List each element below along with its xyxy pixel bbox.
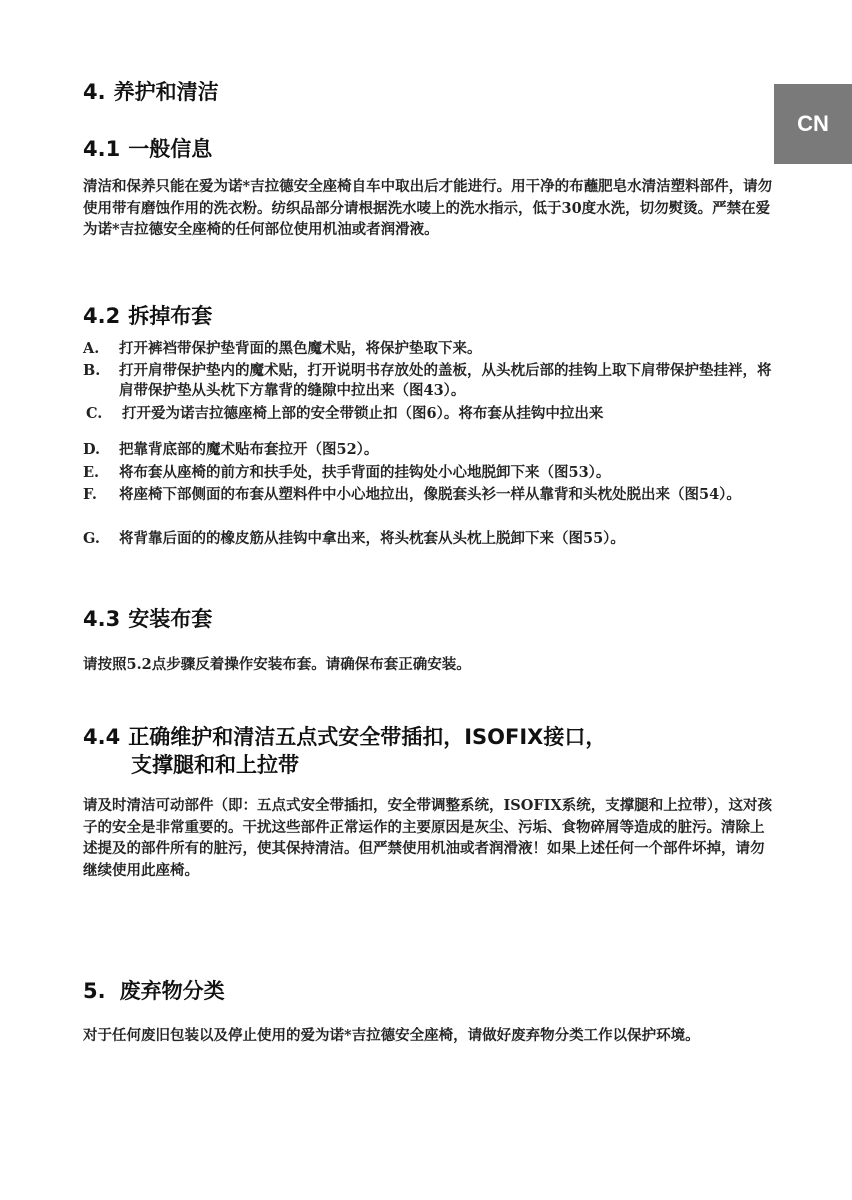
section-number: 4.1 bbox=[83, 135, 120, 163]
item-text: 把靠背底部的魔术贴布套拉开（图52）。 bbox=[119, 440, 773, 460]
item-label: E. bbox=[83, 463, 119, 483]
section-title-line1: 正确维护和清洁五点式安全带插扣，ISOFIX接口， bbox=[128, 725, 606, 749]
item-label: G. bbox=[83, 529, 119, 549]
section-number: 4.3 bbox=[83, 605, 120, 633]
list-item: B.打开肩带保护垫内的魔术贴，打开说明书存放处的盖板，从头枕后部的挂钩上取下肩带… bbox=[83, 361, 773, 400]
section-number: 5. bbox=[83, 977, 106, 1005]
list-item: G.将背靠后面的的橡皮筋从挂钩中拿出来，将头枕套从头枕上脱卸下来（图55）。 bbox=[83, 529, 773, 549]
item-text: 将座椅下部侧面的布套从塑料件中小心地拉出，像脱套头衫一样从靠背和头枕处脱出来（图… bbox=[119, 485, 773, 505]
section-number: 4.4 bbox=[83, 723, 120, 751]
section-4-4-body: 请及时清洁可动部件（即：五点式安全带插扣，安全带调整系统，ISOFIX系统，支撑… bbox=[83, 795, 773, 881]
item-text: 将布套从座椅的前方和扶手处，扶手背面的挂钩处小心地脱卸下来（图53）。 bbox=[119, 463, 773, 483]
section-5-body: 对于任何废旧包装以及停止使用的爱为诺*吉拉德安全座椅，请做好废弃物分类工作以保护… bbox=[83, 1025, 773, 1047]
section-4-1-body: 清洁和保养只能在爱为诺*吉拉德安全座椅自车中取出后才能进行。用干净的布蘸肥皂水清… bbox=[83, 176, 773, 241]
section-4-3-body: 请按照5.2点步骤反着操作安装布套。请确保布套正确安装。 bbox=[83, 654, 773, 676]
list-item: D.把靠背底部的魔术贴布套拉开（图52）。 bbox=[83, 440, 773, 460]
section-number: 4. bbox=[83, 78, 106, 106]
section-4-2-heading: 4.2拆掉布套 bbox=[83, 302, 212, 330]
language-tab-cn: CN bbox=[774, 84, 852, 164]
section-number: 4.2 bbox=[83, 302, 120, 330]
section-title: 废弃物分类 bbox=[120, 979, 225, 1003]
item-label: C. bbox=[86, 404, 122, 424]
section-title-line2: 支撑腿和和上拉带 bbox=[131, 753, 299, 777]
section-4-heading: 4.养护和清洁 bbox=[83, 78, 219, 106]
list-item: A.打开裤裆带保护垫背面的黑色魔术贴，将保护垫取下来。 bbox=[83, 339, 773, 359]
item-label: D. bbox=[83, 440, 119, 460]
list-item: F.将座椅下部侧面的布套从塑料件中小心地拉出，像脱套头衫一样从靠背和头枕处脱出来… bbox=[83, 485, 773, 505]
item-label: F. bbox=[83, 485, 119, 505]
section-4-3-heading: 4.3安装布套 bbox=[83, 605, 212, 633]
section-title: 安装布套 bbox=[128, 607, 212, 631]
item-text: 将背靠后面的的橡皮筋从挂钩中拿出来，将头枕套从头枕上脱卸下来（图55）。 bbox=[119, 529, 773, 549]
section-5-heading: 5.废弃物分类 bbox=[83, 977, 225, 1005]
section-title: 养护和清洁 bbox=[114, 80, 219, 104]
section-4-4-heading: 4.4正确维护和清洁五点式安全带插扣，ISOFIX接口， 支撑腿和和上拉带 bbox=[83, 723, 606, 779]
item-text: 打开肩带保护垫内的魔术贴，打开说明书存放处的盖板，从头枕后部的挂钩上取下肩带保护… bbox=[119, 361, 773, 400]
section-4-1-heading: 4.1一般信息 bbox=[83, 135, 212, 163]
list-item: E.将布套从座椅的前方和扶手处，扶手背面的挂钩处小心地脱卸下来（图53）。 bbox=[83, 463, 773, 483]
item-text: 打开爱为诺吉拉德座椅上部的安全带锁止扣（图6）。将布套从挂钩中拉出来 bbox=[122, 404, 776, 424]
item-label: B. bbox=[83, 361, 119, 400]
item-text: 打开裤裆带保护垫背面的黑色魔术贴，将保护垫取下来。 bbox=[119, 339, 773, 359]
section-title: 拆掉布套 bbox=[128, 304, 212, 328]
list-item: C.打开爱为诺吉拉德座椅上部的安全带锁止扣（图6）。将布套从挂钩中拉出来 bbox=[86, 404, 776, 424]
item-label: A. bbox=[83, 339, 119, 359]
section-title: 一般信息 bbox=[128, 137, 212, 161]
